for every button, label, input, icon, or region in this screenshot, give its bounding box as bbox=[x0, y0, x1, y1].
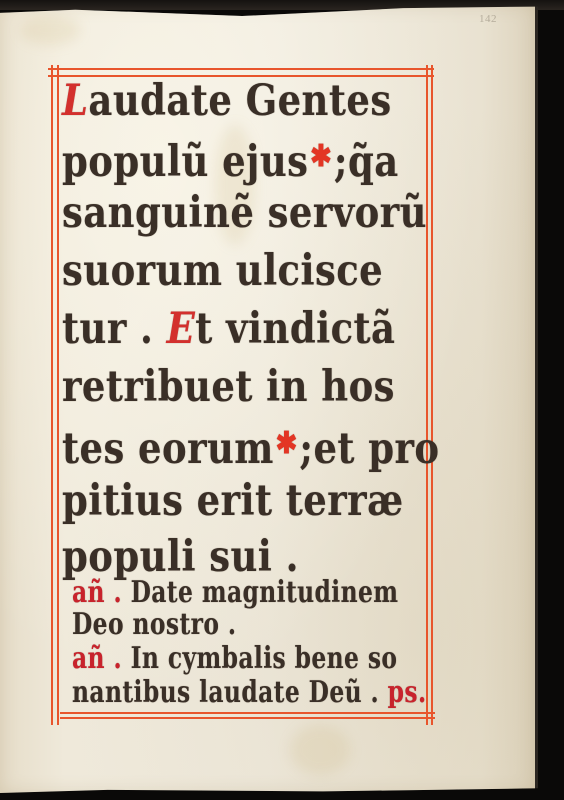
chant-line-2: populũ ejus✱;q̃a bbox=[62, 131, 399, 188]
frame-rule-top-outer bbox=[48, 68, 434, 70]
water-stain bbox=[290, 725, 350, 775]
chant-line-8: pitius erit terræ bbox=[62, 475, 404, 527]
chant-line-6: retribuet in hos bbox=[62, 361, 395, 413]
frame-rule-bottom-inner bbox=[60, 712, 435, 714]
red-asterisk-icon: ✱ bbox=[276, 418, 298, 470]
red-asterisk-icon: ✱ bbox=[310, 131, 332, 183]
antiphon-1-line-2: Deo nostro . bbox=[72, 607, 236, 643]
parchment-page: 142 Laudate Gentes populũ ejus✱;q̃a sang… bbox=[0, 5, 538, 793]
rubricated-initial: L bbox=[62, 76, 88, 126]
chant-line-5: tur . Et vindictã bbox=[62, 303, 395, 355]
manuscript-scene: 142 Laudate Gentes populũ ejus✱;q̃a sang… bbox=[0, 0, 564, 800]
antiphon-2-line-1: añ . In cymbalis bene so bbox=[72, 641, 397, 677]
antiphon-label: añ . bbox=[72, 641, 122, 676]
frame-rule-right-outer bbox=[431, 65, 433, 725]
chant-line-7: tes eorum✱;et pro bbox=[62, 418, 440, 475]
rubricated-initial: E bbox=[167, 304, 196, 354]
folio-number: 142 bbox=[479, 13, 497, 25]
chant-line-4: suorum ulcisce bbox=[62, 245, 383, 297]
antiphon-2-line-2: nantibus laudate Deũ . ps. bbox=[72, 675, 426, 711]
frame-rule-right-inner bbox=[426, 65, 428, 725]
frame-rule-left-outer bbox=[51, 65, 53, 725]
chant-line-1: Laudate Gentes bbox=[62, 75, 392, 127]
frame-rule-bottom-outer bbox=[60, 717, 435, 719]
water-stain bbox=[20, 15, 80, 45]
frame-rule-left-inner bbox=[57, 65, 59, 725]
chant-line-3: sanguinẽ servorũ bbox=[62, 187, 427, 239]
antiphon-label: añ . bbox=[72, 575, 122, 610]
psalm-mark: ps. bbox=[388, 675, 427, 710]
antiphon-1-line-1: añ . Date magnitudinem bbox=[72, 575, 398, 611]
